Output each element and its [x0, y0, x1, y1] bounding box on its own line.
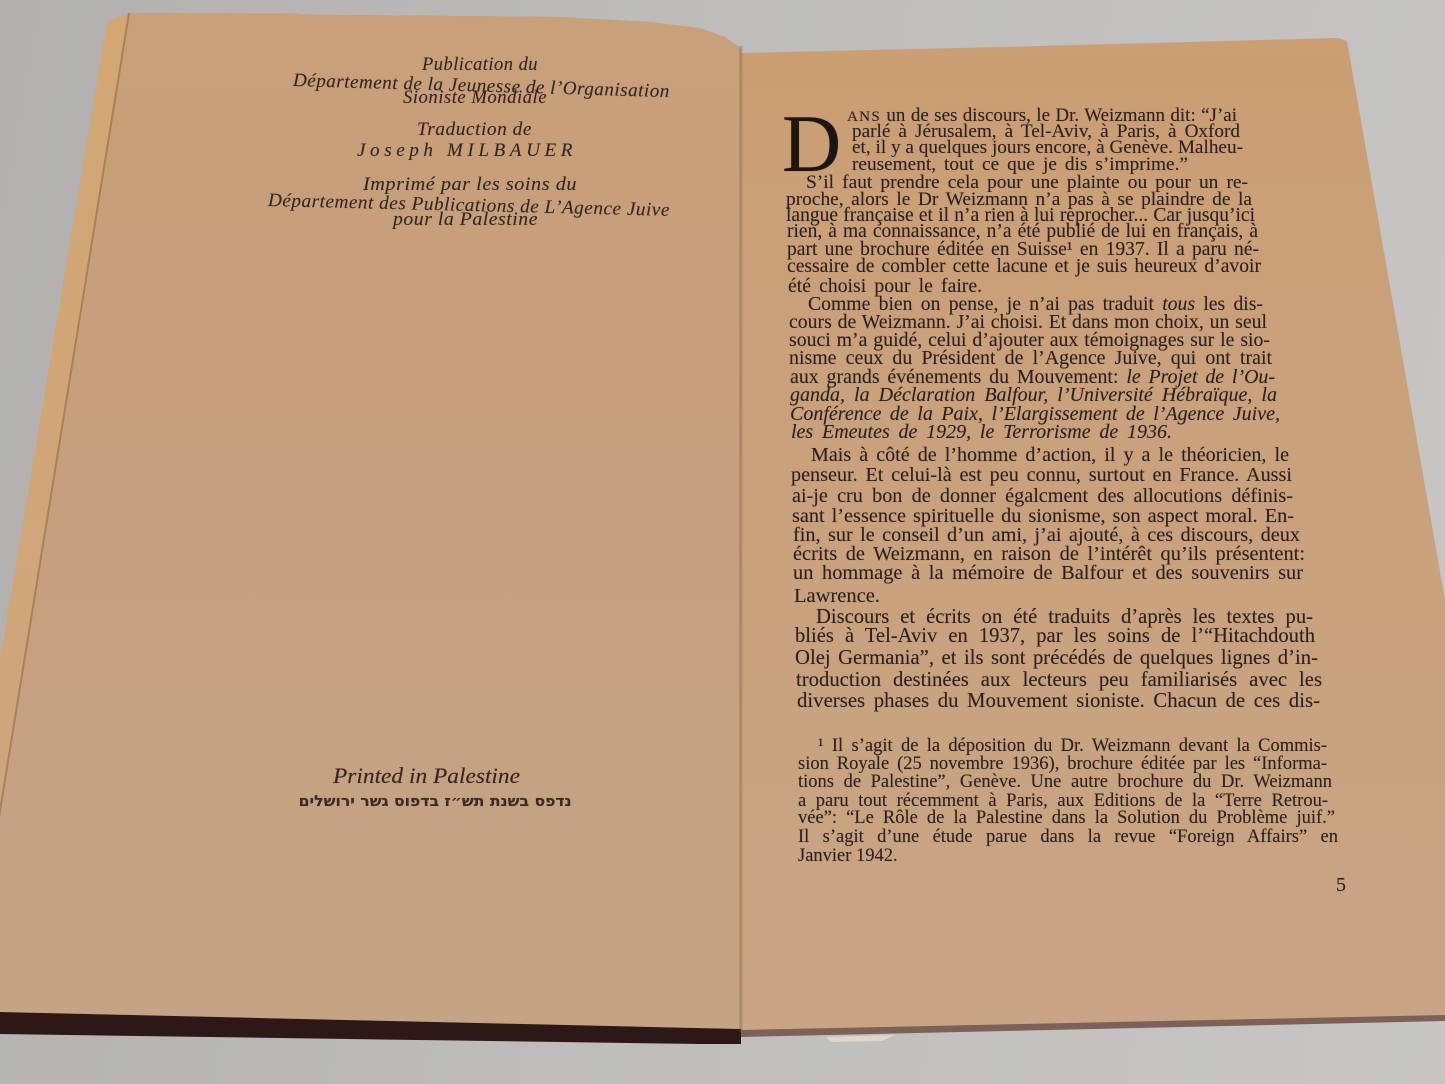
printing-label: Imprimé par les soins du: [363, 174, 577, 195]
publication-label: Publication du: [422, 54, 538, 75]
page-gutter: [739, 46, 743, 1032]
footnote-line: sion Royale (25 novembre 1936), brochure…: [798, 754, 1327, 774]
translator-first-name: Joseph: [357, 140, 438, 161]
footnote-line: vée”: “Le Rôle de la Palestine dans la S…: [798, 808, 1335, 828]
printing-location: pour la Palestine: [393, 209, 538, 230]
footnote-text: Il s’agit d’une étude parue dans la revu…: [798, 827, 1338, 847]
line-text: un hommage à la mémoire de Balfour et de…: [793, 562, 1303, 584]
footnote-text: sion Royale (25 novembre 1936), brochure…: [798, 754, 1327, 774]
publication-organisation: Sioniste Mondiale: [403, 87, 547, 108]
open-book-photo: Publication du Département de la Jeuness…: [0, 0, 1445, 1084]
line-text: bliés à Tel-Aviv en 1937, par les soins …: [795, 625, 1315, 647]
body-text-line: Olej Germania”, et ils sont précédés de …: [795, 648, 1318, 668]
page-number: 5: [1336, 875, 1346, 895]
translator-name-line: Joseph MILBAUER: [357, 141, 579, 161]
line-text: cessaire de combler cette lacune et je s…: [787, 256, 1261, 277]
footnote-line: tions de Palestine”, Genève. Une autre b…: [798, 772, 1332, 792]
line-text: Lawrence.: [794, 585, 880, 607]
footnote-line: ¹ Il s’agit de la déposition du Dr. Weiz…: [818, 736, 1327, 756]
printed-in-palestine: Printed in Palestine: [333, 763, 532, 789]
line-text: Mais à côté de l’homme d’action, il y a …: [811, 444, 1289, 466]
translator-last-name: MILBAUER: [447, 140, 577, 161]
footnote-line: Janvier 1942.: [798, 846, 898, 866]
body-text-line: les Emeutes de 1929, le Terrorisme de 19…: [791, 422, 1172, 442]
body-text-line: un hommage à la mémoire de Balfour et de…: [793, 563, 1303, 583]
body-text-line: penseur. Et celui-là est peu connu, surt…: [791, 465, 1292, 485]
body-text-line: bliés à Tel-Aviv en 1937, par les soins …: [795, 626, 1315, 646]
footnote-text: ¹ Il s’agit de la déposition du Dr. Weiz…: [818, 736, 1327, 756]
page-number-text: 5: [1336, 874, 1346, 896]
footnote-text: tions de Palestine”, Genève. Une autre b…: [798, 772, 1332, 792]
body-text-line: sant l’essence spirituelle du sionisme, …: [792, 506, 1294, 526]
body-text-line: fin, sur le conseil d’un ami, j’ai ajout…: [793, 525, 1300, 545]
body-text-line: Mais à côté de l’homme d’action, il y a …: [811, 445, 1289, 465]
printed-in-text: Printed in Palestine: [333, 763, 520, 788]
line-text: ai-je cru bon de donner égalcment des al…: [792, 485, 1293, 507]
line-text: penseur. Et celui-là est peu connu, surt…: [791, 464, 1292, 486]
translation-label-line: Traduction de: [417, 120, 534, 140]
body-text-line: écrits de Weizmann, en raison de l’intér…: [793, 544, 1305, 564]
body-text-line: nisme ceux du Président de l’Agence Juiv…: [789, 348, 1272, 368]
line-text: Olej Germania”, et ils sont précédés de …: [795, 647, 1318, 669]
body-text-line: ganda, la Déclaration Balfour, l’Univers…: [790, 385, 1277, 405]
hebrew-imprint: נדפס בשנת תש״ז בדפוס גשר ירושלים: [287, 792, 572, 810]
hebrew-imprint-text: נדפס בשנת תש״ז בדפוס גשר ירושלים: [299, 792, 572, 810]
publication-line-3: Sioniste Mondiale: [403, 88, 545, 108]
body-text-line: diverses phases du Mouvement sioniste. C…: [797, 691, 1320, 711]
printing-line-3: pour la Palestine: [393, 210, 544, 230]
body-text-line: ai-je cru bon de donner égalcment des al…: [792, 486, 1293, 506]
footnote-text: Janvier 1942.: [798, 846, 898, 866]
footnote-text: vée”: “Le Rôle de la Palestine dans la S…: [798, 808, 1335, 828]
translation-label: Traduction de: [417, 119, 532, 140]
printing-line-1: Imprimé par les soins du: [363, 175, 591, 195]
footnote-line: Il s’agit d’une étude parue dans la revu…: [798, 827, 1338, 847]
line-text: troduction destinées aux lecteurs peu fa…: [796, 669, 1322, 691]
italic-text: les Emeutes de 1929, le Terrorisme de 19…: [791, 421, 1172, 443]
body-text-line: Lawrence.: [794, 586, 880, 606]
body-text-line: troduction destinées aux lecteurs peu fa…: [796, 670, 1322, 690]
line-text: diverses phases du Mouvement sioniste. C…: [797, 689, 1320, 712]
publication-line-1: Publication du: [422, 55, 535, 75]
body-text-line: Discours et écrits on été traduits d’apr…: [816, 607, 1313, 627]
body-text-line: cessaire de combler cette lacune et je s…: [787, 257, 1261, 277]
